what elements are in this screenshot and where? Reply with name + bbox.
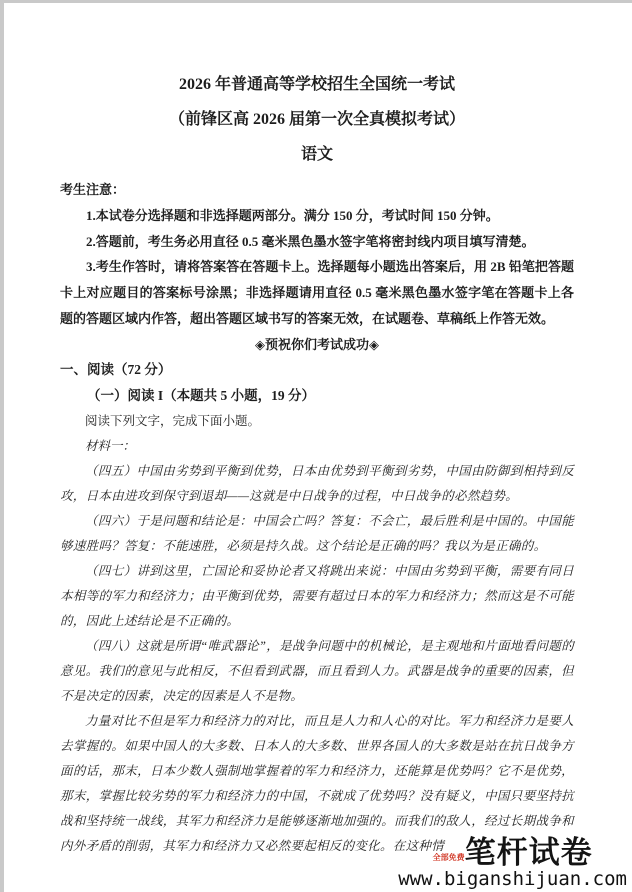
material-paragraph: （四七）讲到这里，亡国论和妥协论者又将跳出来说：中国由劣势到平衡，需要有同日本相… [60, 559, 574, 634]
notice-item-2: 2.答题前，考生务必用直径 0.5 毫米黑色墨水签字笔将密封线内项目填写清楚。 [60, 229, 574, 255]
material-paragraph: （四五）中国由劣势到平衡到优势，日本由优势到平衡到劣势，中国由防御到相持到反攻，… [60, 459, 574, 509]
exam-subtitle: （前锋区高 2026 届第一次全真模拟考试） [60, 102, 574, 137]
material-paragraph: （四八）这就是所谓“唯武器论”，是战争问题中的机械论，是主观地和片面地看问题的意… [60, 634, 574, 709]
examinee-notice: 考生注意： 1.本试卷分选择题和非选择题两部分。满分 150 分，考试时间 15… [60, 177, 574, 357]
blessing-line: ◈预祝你们考试成功◈ [60, 332, 574, 358]
notice-item-1: 1.本试卷分选择题和非选择题两部分。满分 150 分，考试时间 150 分钟。 [60, 203, 574, 229]
exam-paper-page: 2026 年普通高等学校招生全国统一考试 （前锋区高 2026 届第一次全真模拟… [0, 0, 632, 892]
publisher-watermark: 全部免费 笔杆试卷 www.biganshijuan.com [398, 836, 627, 890]
notice-item-3: 3.考生作答时，请将答案答在答题卡上。选择题每小题选出答案后，用 2B 铅笔把答… [60, 254, 574, 331]
watermark-url: www.biganshijuan.com [398, 869, 627, 890]
exam-title: 2026 年普通高等学校招生全国统一考试 [60, 67, 574, 102]
notice-heading: 考生注意： [60, 177, 574, 203]
subject-title: 语文 [60, 137, 574, 172]
intro-line: 阅读下列文字，完成下面小题。 [60, 409, 574, 434]
section-heading: 一、阅读（72 分） [60, 357, 574, 383]
watermark-brand-name: 笔杆试卷 [465, 836, 593, 869]
material-paragraph: （四六）于是问题和结论是：中国会亡吗？答复：不会亡，最后胜利是中国的。中国能够速… [60, 509, 574, 559]
subsection-heading: （一）阅读 I（本题共 5 小题，19 分） [60, 383, 574, 409]
page-content: 2026 年普通高等学校招生全国统一考试 （前锋区高 2026 届第一次全真模拟… [60, 67, 574, 859]
reading-section: 一、阅读（72 分） （一）阅读 I（本题共 5 小题，19 分） 阅读下列文字… [60, 357, 574, 859]
material-label: 材料一： [60, 434, 574, 459]
watermark-top-row: 全部免费 笔杆试卷 [398, 836, 627, 869]
watermark-free-tag: 全部免费 [433, 853, 465, 863]
